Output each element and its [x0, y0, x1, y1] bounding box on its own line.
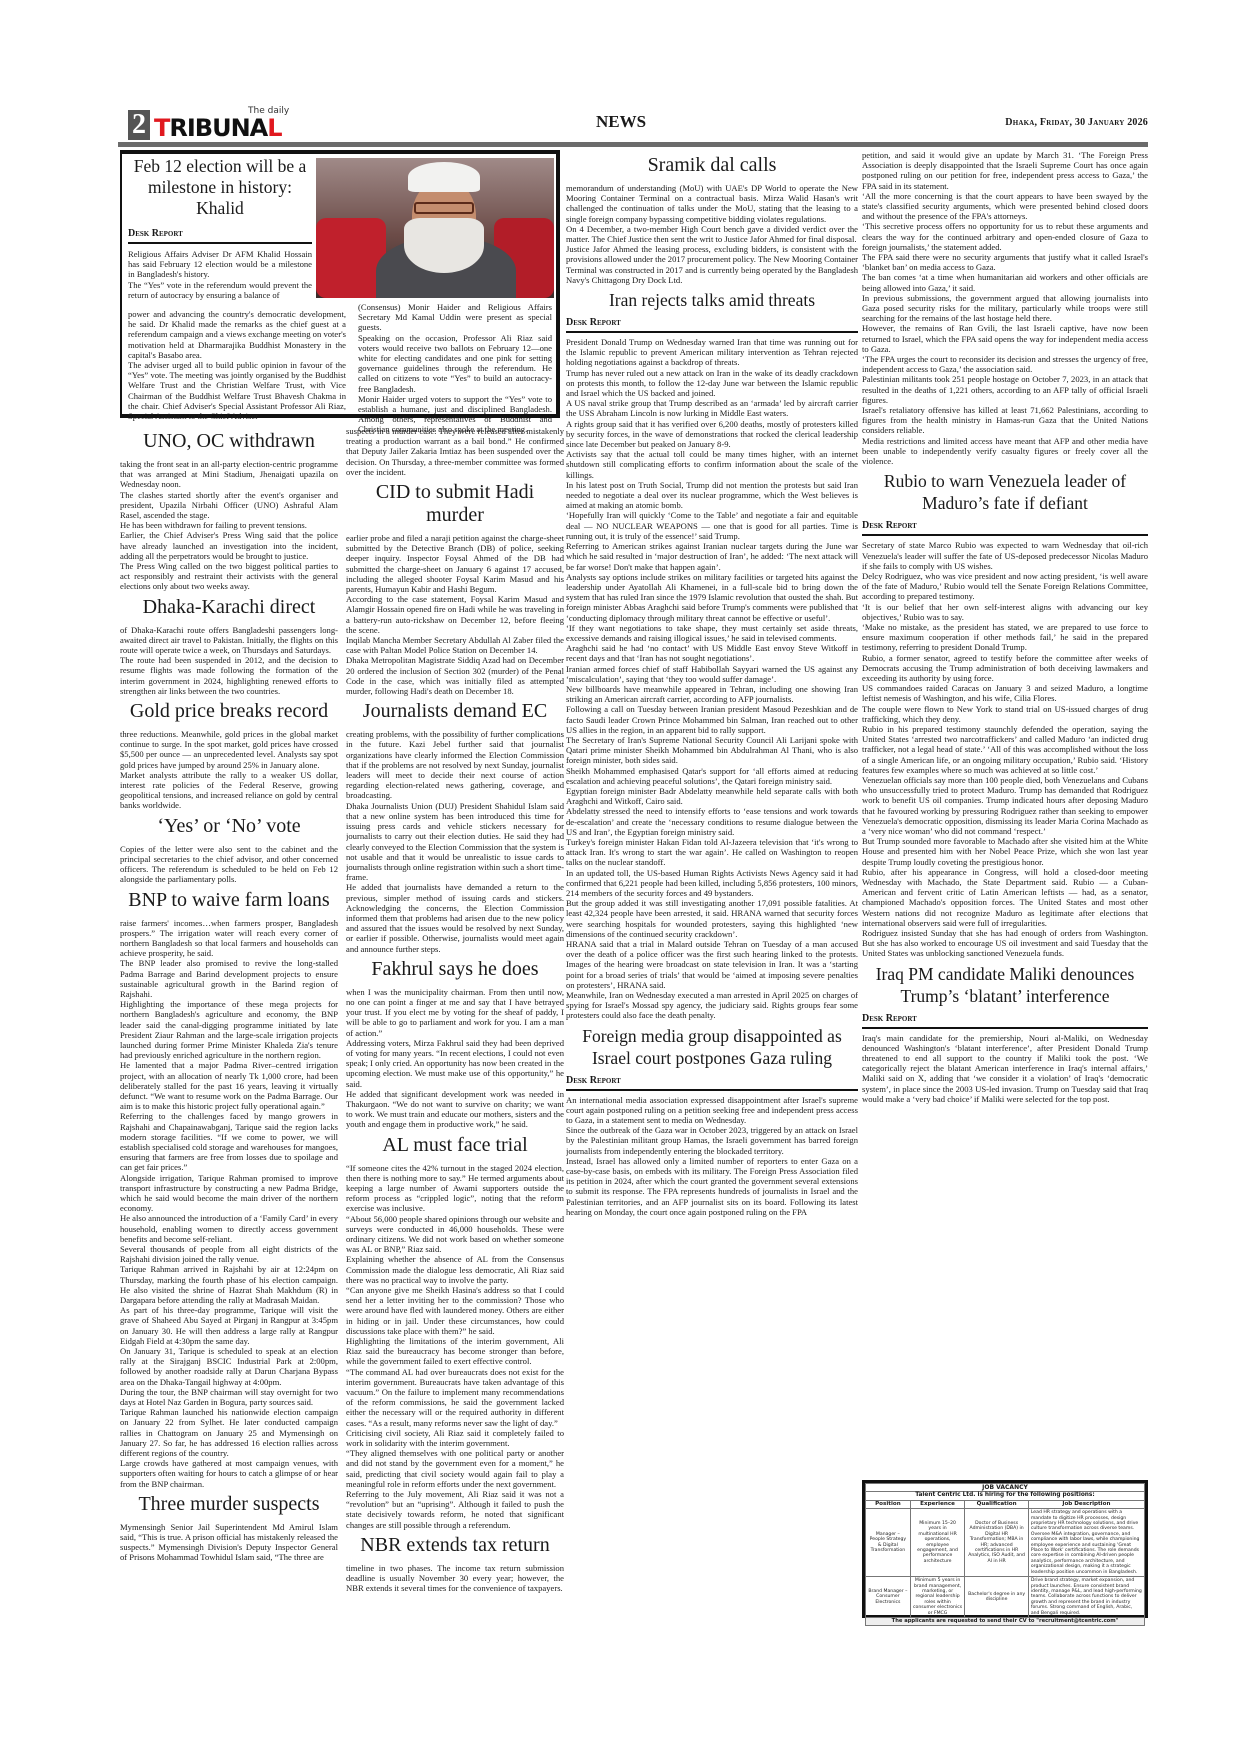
col-header-experience: Experience	[910, 1500, 965, 1508]
masthead-rule	[118, 142, 1148, 147]
article-article: suspects in a murder case. They were rel…	[346, 426, 564, 477]
article-headline: CID to submit Hadi murder	[346, 481, 564, 527]
page-number: 2	[128, 110, 150, 140]
col-header-position: Position	[866, 1500, 911, 1508]
article-uno-oc-withdrawn: UNO, OC withdrawntaking the front seat i…	[120, 430, 338, 592]
person-beard	[404, 218, 484, 273]
cell-experience: Minimum 15–20 years in multinational HR …	[910, 1509, 965, 1577]
article-headline: ‘Yes’ or ‘No’ vote	[120, 815, 338, 838]
cell-description: Lead HR strategy and operations with a m…	[1028, 1509, 1144, 1577]
article-body: petition, and said it would give an upda…	[862, 150, 1148, 466]
article-headline: Foreign media group disappointed as Isra…	[566, 1025, 858, 1069]
ad-footer: The applicants are requested to send the…	[866, 1617, 1145, 1625]
col-header-qualification: Qualification	[965, 1500, 1028, 1508]
article-body: Copies of the letter were also sent to t…	[120, 844, 338, 885]
article-byline: Desk Report	[566, 317, 858, 333]
lead-headline: Feb 12 election will be a milestone in h…	[128, 156, 312, 219]
article-body: memorandum of understanding (MoU) with U…	[566, 183, 858, 285]
ad-subtitle: Talent Centric Ltd. is hiring for the fo…	[866, 1492, 1145, 1500]
article-rubio-to-warn-venezuela-leader-of-maduro: Rubio to warn Venezuela leader of Maduro…	[862, 470, 1148, 958]
lead-text-2: power and advancing the country's democr…	[128, 309, 346, 421]
cell-qualification: Doctor of Business Administration (DBA) …	[965, 1509, 1028, 1577]
article-sramik-dal-calls: Sramik dal callsmemorandum of understand…	[566, 154, 858, 285]
article-dhaka-karachi-direct: Dhaka-Karachi directof Dhaka-Karachi rou…	[120, 596, 338, 696]
cell-position: Manager – People Strategy & Digital Tran…	[866, 1509, 911, 1577]
job-vacancy-ad: JOB VACANCY Talent Centric Ltd. is hirin…	[862, 1480, 1148, 1618]
ad-title: JOB VACANCY	[866, 1484, 1145, 1492]
person-cap	[408, 162, 480, 192]
article-nbr-extends-tax-return: NBR extends tax returntimeline in two ph…	[346, 1534, 564, 1594]
lead-photo	[316, 158, 554, 298]
column-4: petition, and said it would give an upda…	[862, 150, 1148, 1476]
article-body: taking the front seat in an all-party el…	[120, 459, 338, 592]
section-name: NEWS	[596, 112, 646, 132]
logo-mid: RIBUNA	[169, 114, 267, 142]
article-body: raise farmers' incomes…when farmers pros…	[120, 918, 338, 1489]
article-headline: UNO, OC withdrawn	[120, 430, 338, 453]
article-foreign-media-group-disappointed-as-isra: Foreign media group disappointed as Isra…	[566, 1025, 858, 1217]
article-headline: Iran rejects talks amid threats	[566, 289, 858, 311]
lead-text-3: (Consensus) Monir Haider and Religious A…	[358, 302, 552, 435]
article-body: Iraq's main candidate for the premiershi…	[862, 1033, 1148, 1104]
article-journalists-demand-ec: Journalists demand ECcreating problems, …	[346, 700, 564, 953]
newspaper-page: 2 The daily TRIBUNAL NEWS Dhaka, Friday,…	[118, 100, 1148, 1620]
article-byline: Desk Report	[862, 1013, 1148, 1029]
lead-byline: Desk Report	[128, 228, 312, 244]
article-headline: Rubio to warn Venezuela leader of Maduro…	[862, 470, 1148, 514]
article-iran-rejects-talks-amid-threats: Iran rejects talks amid threatsDesk Repo…	[566, 289, 858, 1021]
article-body: Mymensingh Senior Jail Superintendent Md…	[120, 1522, 338, 1563]
dateline: Dhaka, Friday, 30 January 2026	[1005, 117, 1148, 128]
article-three-murder-suspects: Three murder suspectsMymensingh Senior J…	[120, 1493, 338, 1563]
article-headline: Iraq PM candidate Maliki denounces Trump…	[862, 963, 1148, 1007]
article-body: “If someone cites the 42% turnout in the…	[346, 1163, 564, 1530]
col-header-description: Job Description	[1028, 1500, 1144, 1508]
article-iraq-pm-candidate-maliki-denounces-trump: Iraq PM candidate Maliki denounces Trump…	[862, 963, 1148, 1104]
article-gold-price-breaks-record: Gold price breaks recordthree reductions…	[120, 700, 338, 811]
article-byline: Desk Report	[862, 520, 1148, 536]
article-body: three reductions. Meanwhile, gold prices…	[120, 729, 338, 811]
article-fakhrul-says-he-does: Fakhrul says he doeswhen I was the munic…	[346, 958, 564, 1130]
article-yes-or-no-vote: ‘Yes’ or ‘No’ voteCopies of the letter w…	[120, 815, 338, 885]
article-headline: Sramik dal calls	[566, 154, 858, 177]
cell-experience: Minimum 5 years in brand management, mar…	[910, 1577, 965, 1618]
table-row: Brand Manager – Consumer Electronics Min…	[866, 1577, 1145, 1618]
logo-prefix: T	[154, 114, 169, 142]
article-headline: Fakhrul says he does	[346, 958, 564, 981]
article-body: President Donald Trump on Wednesday warn…	[566, 337, 858, 1021]
article-body: suspects in a murder case. They were rel…	[346, 426, 564, 477]
cell-description: Drive brand strategy, market expansion, …	[1028, 1577, 1144, 1618]
article-headline: Dhaka-Karachi direct	[120, 596, 338, 619]
column-2: suspects in a murder case. They were rel…	[346, 426, 564, 1620]
lead-text-1: Religious Affairs Adviser Dr AFM Khalid …	[128, 249, 312, 300]
cell-position: Brand Manager – Consumer Electronics	[866, 1577, 911, 1618]
cell-qualification: Bachelor's degree in any discipline	[965, 1577, 1028, 1618]
article-body: An international media association expre…	[566, 1095, 858, 1217]
article-body: creating problems, with the possibility …	[346, 729, 564, 953]
article-headline: NBR extends tax return	[346, 1534, 564, 1557]
article-cid-to-submit-hadi-murder: CID to submit Hadi murderearlier probe a…	[346, 481, 564, 696]
logo-suffix: L	[267, 114, 281, 142]
newspaper-logo: TRIBUNAL	[154, 114, 282, 142]
article-headline: Journalists demand EC	[346, 700, 564, 723]
article-headline: Gold price breaks record	[120, 700, 338, 723]
article-headline: Three murder suspects	[120, 1493, 338, 1516]
masthead: 2 The daily TRIBUNAL NEWS Dhaka, Friday,…	[118, 100, 1148, 142]
article-body: earlier probe and filed a naraji petitio…	[346, 533, 564, 696]
person-glasses	[414, 202, 474, 214]
article-article: petition, and said it would give an upda…	[862, 150, 1148, 466]
column-3: Sramik dal callsmemorandum of understand…	[566, 150, 858, 1620]
article-headline: BNP to waive farm loans	[120, 889, 338, 912]
lead-story: Feb 12 election will be a milestone in h…	[120, 150, 560, 418]
column-1: UNO, OC withdrawntaking the front seat i…	[120, 426, 338, 1620]
article-headline: AL must face trial	[346, 1134, 564, 1157]
table-row: Manager – People Strategy & Digital Tran…	[866, 1509, 1145, 1577]
article-bnp-to-waive-farm-loans: BNP to waive farm loansraise farmers' in…	[120, 889, 338, 1489]
article-body: of Dhaka-Karachi route offers Bangladesh…	[120, 625, 338, 696]
article-body: Secretary of state Marco Rubio was expec…	[862, 540, 1148, 958]
article-byline: Desk Report	[566, 1075, 858, 1091]
article-body: timeline in two phases. The income tax r…	[346, 1563, 564, 1594]
job-table: JOB VACANCY Talent Centric Ltd. is hirin…	[865, 1483, 1145, 1626]
article-body: when I was the municipality chairman. Fr…	[346, 987, 564, 1130]
article-al-must-face-trial: AL must face trial“If someone cites the …	[346, 1134, 564, 1530]
